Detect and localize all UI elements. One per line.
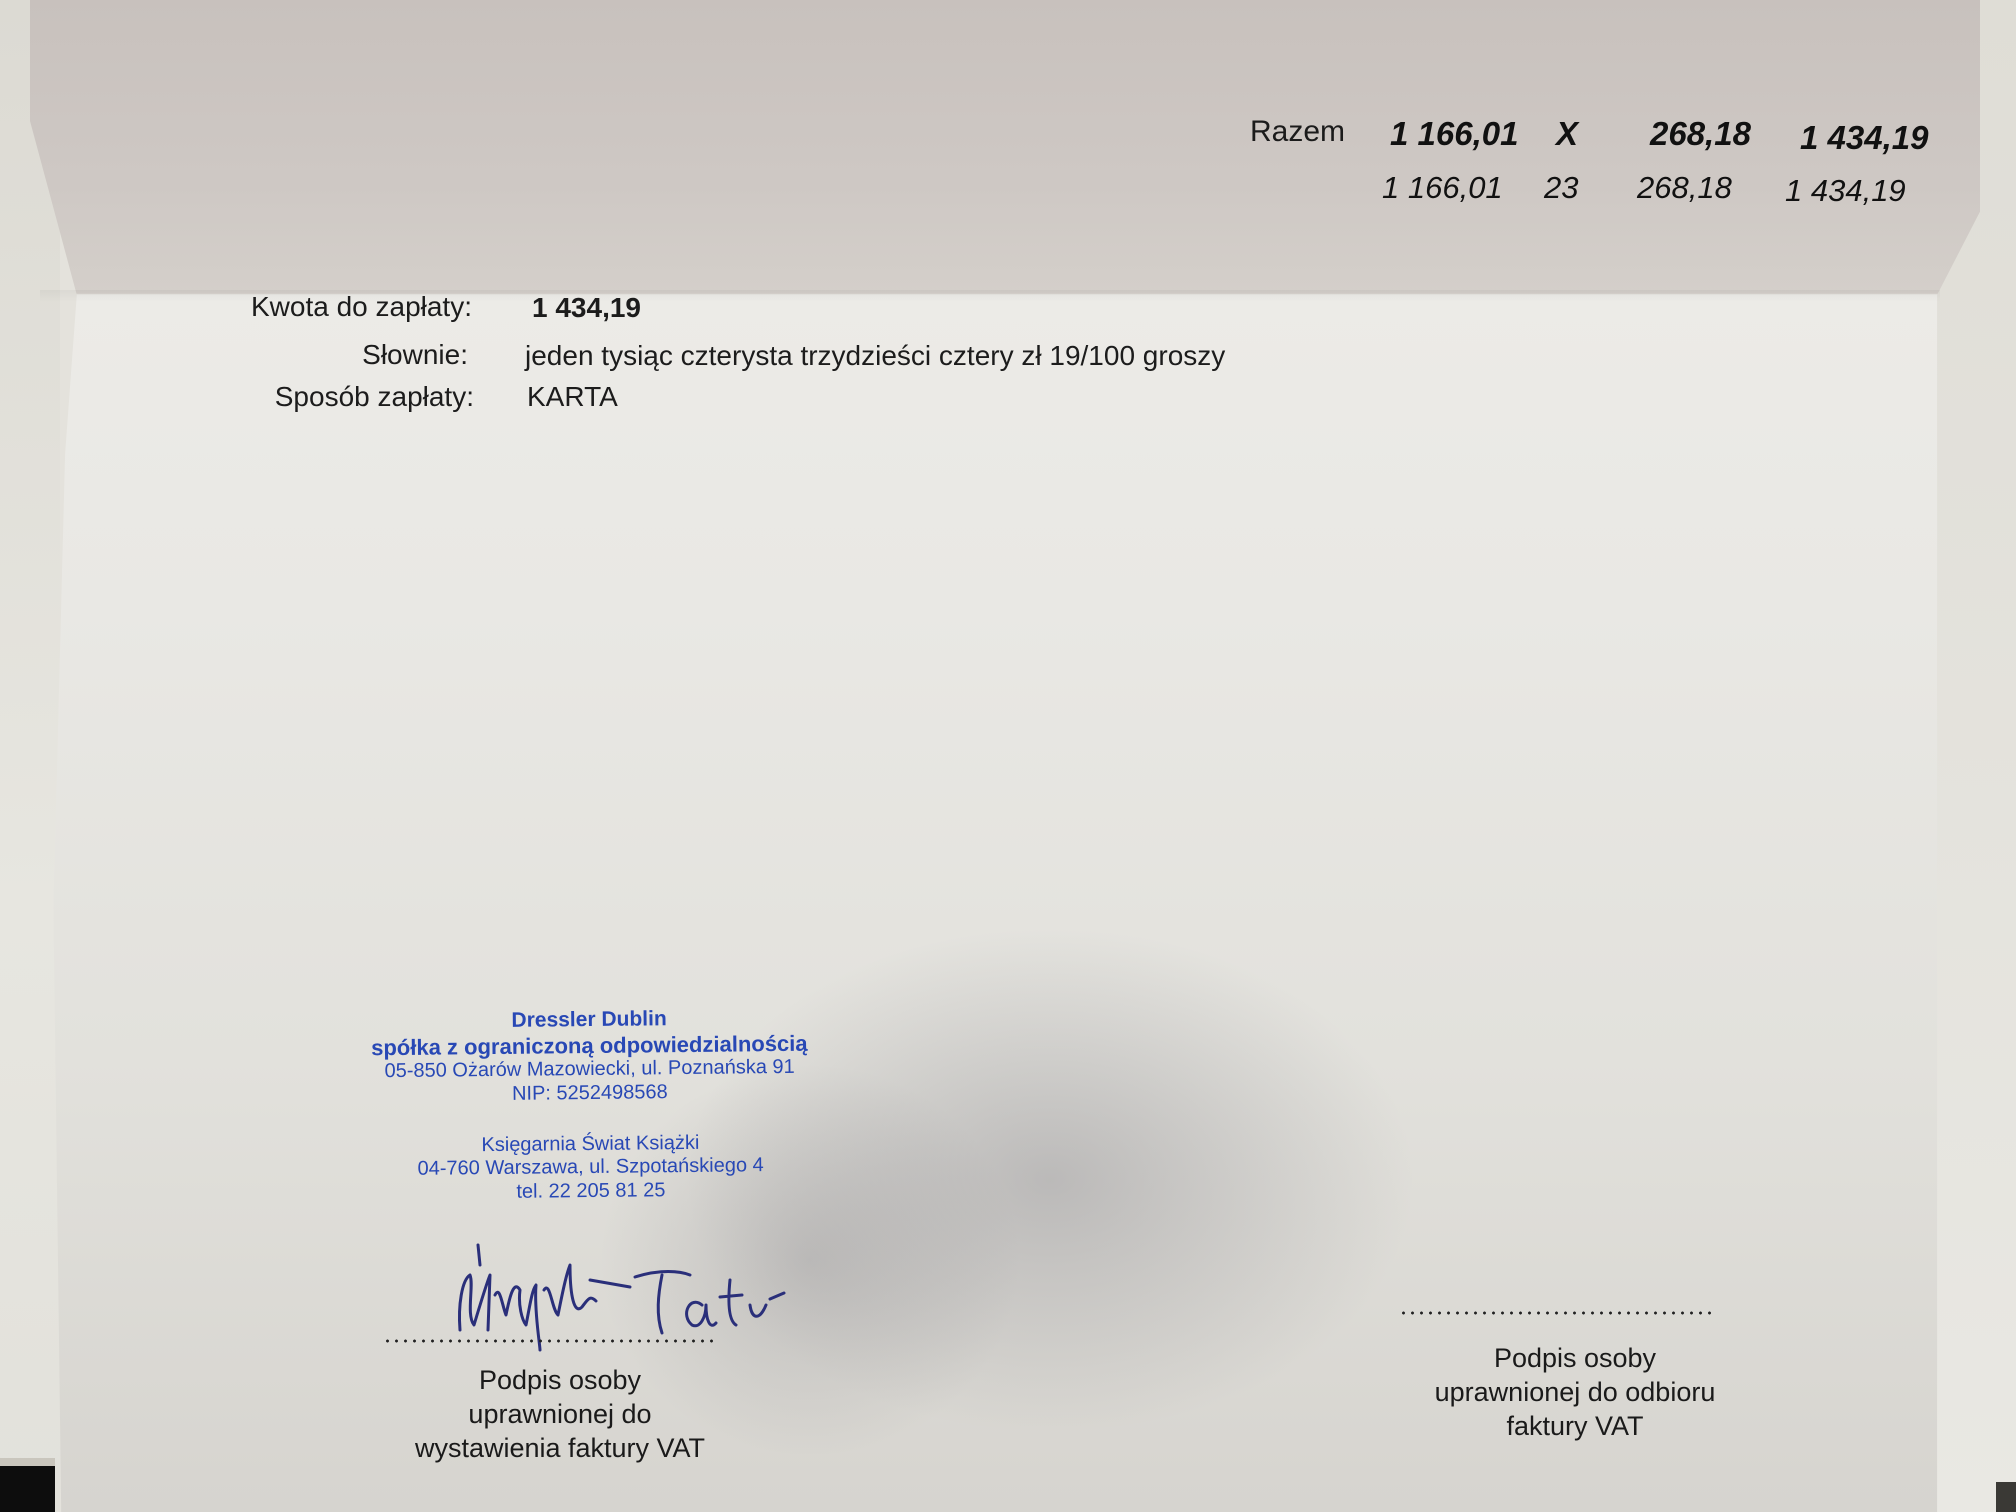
company-stamp: Dressler Dublin spółka z ograniczoną odp… — [329, 1005, 851, 1206]
total-vat-rate: X — [1556, 115, 1578, 153]
background-surface-left — [0, 0, 60, 1512]
caption-line: faktury VAT — [1400, 1410, 1750, 1444]
amount-due-value: 1 434,19 — [532, 292, 641, 324]
receiver-signature-line — [1399, 1311, 1715, 1315]
amount-due-label: Kwota do zapłaty: — [172, 291, 472, 323]
payment-method-value: KARTA — [527, 381, 618, 413]
in-words-value: jeden tysiąc czterysta trzydzieści czter… — [525, 340, 1225, 372]
receiver-signature-caption: Podpis osoby uprawnionej do odbioru fakt… — [1400, 1342, 1750, 1443]
background-object — [0, 1458, 55, 1512]
breakdown-vat-rate: 23 — [1544, 170, 1578, 206]
breakdown-gross: 1 434,19 — [1785, 173, 1906, 209]
breakdown-net: 1 166,01 — [1382, 170, 1503, 206]
payment-method-label: Sposób zapłaty: — [174, 381, 474, 413]
caption-line: uprawnionej do odbioru — [1400, 1376, 1750, 1410]
caption-line: uprawnionej do — [380, 1398, 740, 1432]
caption-line: Podpis osoby — [380, 1364, 740, 1398]
totals-label: Razem — [1250, 115, 1345, 149]
handwritten-signature — [440, 1235, 800, 1355]
issuer-signature-line — [383, 1339, 718, 1343]
issuer-signature-caption: Podpis osoby uprawnionej do wystawienia … — [380, 1364, 740, 1465]
background-object — [1996, 1482, 2016, 1512]
caption-line: wystawienia faktury VAT — [380, 1432, 740, 1466]
breakdown-vat: 268,18 — [1637, 170, 1732, 206]
total-net: 1 166,01 — [1390, 115, 1518, 153]
invoice-paper — [30, 0, 1980, 1512]
total-gross: 1 434,19 — [1800, 119, 1928, 157]
total-vat: 268,18 — [1650, 115, 1751, 153]
in-words-label: Słownie: — [168, 339, 468, 371]
caption-line: Podpis osoby — [1400, 1342, 1750, 1376]
